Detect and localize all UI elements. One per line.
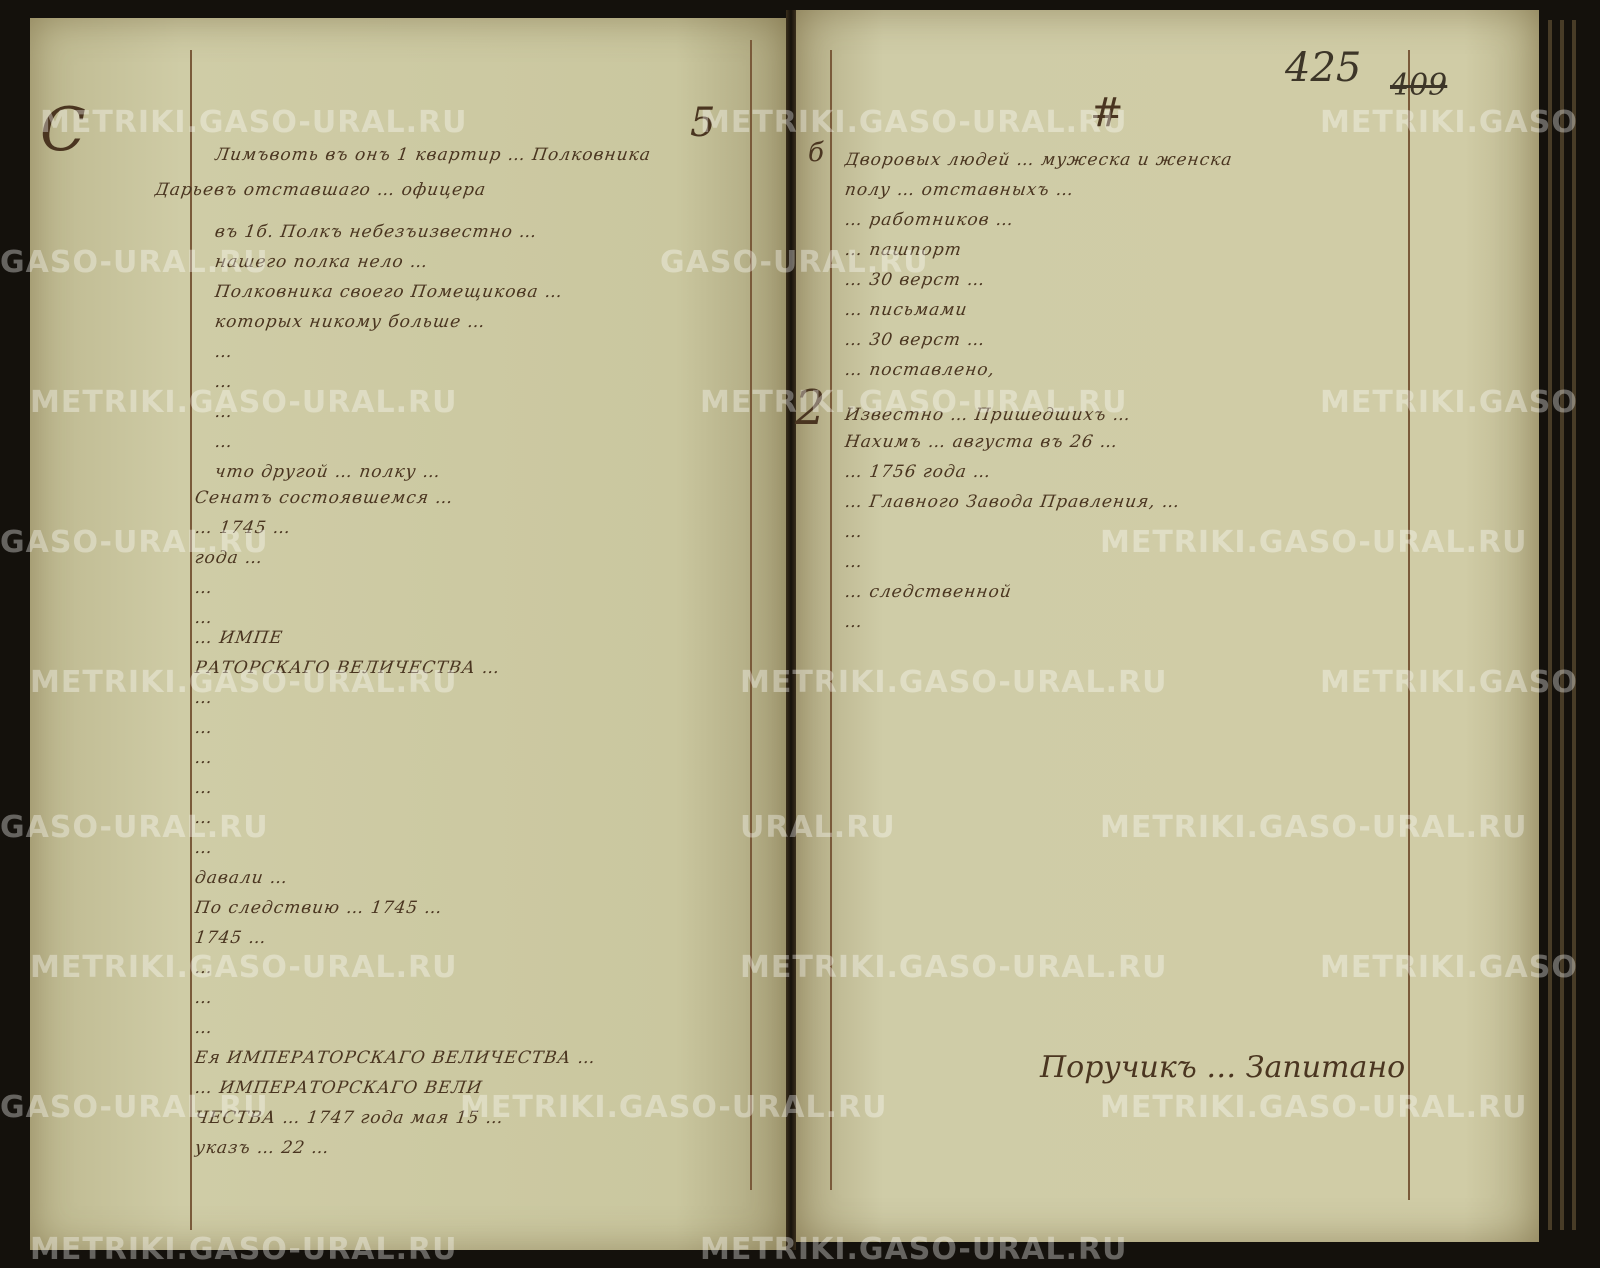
watermark: METRIKI.GASO-URAL.RU [700,105,1128,140]
paragraph-mark: б [808,138,824,168]
manuscript-line: … [844,612,1407,632]
manuscript-line: … [194,808,742,828]
manuscript-line: … [214,432,762,452]
watermark: GASO-URAL.RU [660,245,929,280]
watermark: METRIKI.GASO [1320,385,1578,420]
watermark: METRIKI.GASO-URAL.RU [30,1232,458,1267]
watermark: METRIKI.GASO-URAL.RU [740,665,1168,700]
page-edge [1572,20,1576,1230]
watermark: METRIKI.GASO-URAL.RU [1100,525,1528,560]
watermark: GASO-URAL.RU [0,1090,269,1125]
watermark: METRIKI.GASO-URAL.RU [460,1090,888,1125]
watermark: GASO-URAL.RU [0,810,269,845]
manuscript-line: 1745 … [194,928,742,948]
watermark: GASO-URAL.RU [0,245,269,280]
manuscript-line: въ 1б. Полкъ небезъизвестно … [214,222,762,242]
manuscript-line: … [194,778,742,798]
manuscript-line: … [214,342,762,362]
watermark: METRIKI.GASO-URAL.RU [30,385,458,420]
watermark: METRIKI.GASO-URAL.RU [740,950,1168,985]
watermark: METRIKI.GASO-URAL.RU [700,385,1128,420]
right-right-margin-rule [1408,50,1410,1200]
book-gutter [786,10,796,1250]
manuscript-line: Сенатъ состоявшемся … [194,488,742,508]
page-edge [1548,20,1552,1230]
manuscript-line: полу … отставныхъ … [844,180,1407,200]
manuscript-line: которых никому больше … [214,312,762,332]
manuscript-line: … Главного Завода Правления, … [844,492,1407,512]
manuscript-line: что другой … полку … [214,462,762,482]
watermark: METRIKI.GASO [1320,665,1578,700]
manuscript-line: Дворовых людей … мужеска и женска [844,150,1407,170]
manuscript-line: года … [194,548,742,568]
manuscript-line: … работников … [844,210,1407,230]
manuscript-line: Полковника своего Помещикова … [214,282,762,302]
watermark: URAL.RU [740,810,896,845]
manuscript-line: … [194,838,742,858]
folio-number-crossed: 409 [1390,68,1447,103]
watermark: METRIKI.GASO [1320,105,1578,140]
watermark: METRIKI.GASO-URAL.RU [1100,810,1528,845]
manuscript-line: … письмами [844,300,1407,320]
signature: Поручикъ … Запитано [1040,1050,1405,1085]
folio-number: 425 [1285,45,1361,91]
manuscript-line: … 1745 … [194,518,742,538]
manuscript-line: … [194,718,742,738]
manuscript-line: Лимъвоть въ онъ 1 квартир … Полковника [214,145,762,165]
manuscript-line: … 30 верст … [844,330,1407,350]
watermark: METRIKI.GASO-URAL.RU [700,1232,1128,1267]
watermark: METRIKI.GASO-URAL.RU [30,665,458,700]
manuscript-line: указъ … 22 … [194,1138,742,1158]
manuscript-line: Дарьевъ отставшаго … офицера [154,180,702,200]
manuscript-line: … ИМПЕ [194,628,742,648]
manuscript-line: Ея ИМПЕРАТОРСКАГО ВЕЛИЧЕСТВА … [194,1048,742,1068]
left-margin-rule [190,50,192,1230]
left-right-margin-rule [750,40,752,1190]
manuscript-line: … [194,578,742,598]
manuscript-line: … [194,988,742,1008]
manuscript-line: … [194,608,742,628]
page-edge [1560,20,1564,1230]
right-margin-rule [830,50,832,1190]
watermark: METRIKI.GASO [1320,950,1578,985]
watermark: METRIKI.GASO-URAL.RU [40,105,468,140]
manuscript-line: По следствию … 1745 … [194,898,742,918]
watermark: GASO-URAL.RU [0,525,269,560]
manuscript-line: … поставлено, [844,360,1407,380]
watermark: METRIKI.GASO-URAL.RU [30,950,458,985]
manuscript-line: … 1756 года … [844,462,1407,482]
watermark: METRIKI.GASO-URAL.RU [1100,1090,1528,1125]
manuscript-line: … следственной [844,582,1407,602]
manuscript-line: … [194,1018,742,1038]
manuscript-line: Нахимъ … августа въ 26 … [844,432,1407,452]
manuscript-line: давали … [194,868,742,888]
manuscript-line: … [194,748,742,768]
